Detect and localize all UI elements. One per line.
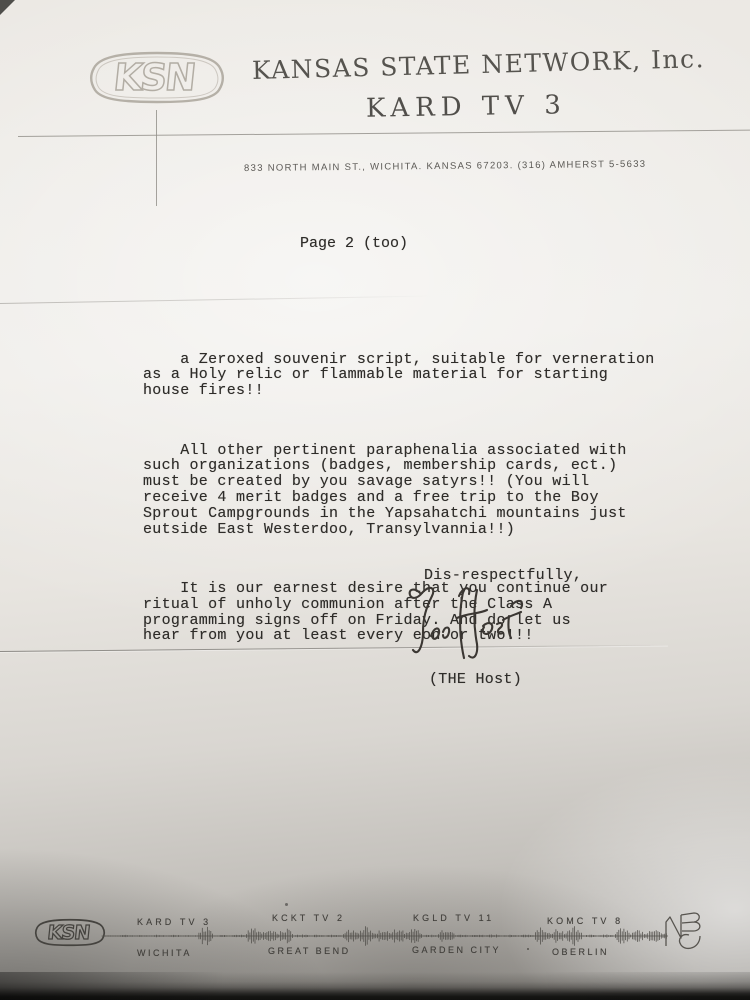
station-city: GARDEN CITY <box>412 945 501 955</box>
ksn-logo-icon: KSN <box>86 49 228 106</box>
bottom-edge-shadow <box>0 972 750 1000</box>
corner-mark <box>0 0 15 15</box>
station-callsign: KCKT TV 2 <box>272 913 345 923</box>
nbc-logo-icon <box>662 910 714 954</box>
station-city: GREAT BEND <box>268 946 351 956</box>
paragraph: a Zeroxed souvenir script, suitable for … <box>143 352 673 399</box>
svg-text:KSN: KSN <box>46 921 90 944</box>
station-callsign: KOMC TV 8 <box>547 916 623 926</box>
address-line: 833 NORTH MAIN ST., WICHITA. KANSAS 6720… <box>244 159 646 174</box>
typed-name: (THE Host) <box>429 671 522 688</box>
station-city: WICHITA <box>137 948 192 958</box>
paragraph: All other pertinent paraphenalia associa… <box>143 443 673 538</box>
station-callsign: KGLD TV 11 <box>413 913 494 923</box>
station-name: KARD TV 3 <box>366 90 567 123</box>
paper-crease-upper <box>0 295 432 304</box>
page-label: Page 2 (too) <box>300 235 408 252</box>
station-city: OBERLIN <box>552 947 609 957</box>
footer-ksn-logo-icon: KSN <box>33 917 107 948</box>
company-name: KANSAS STATE NETWORK, Inc. <box>252 45 673 85</box>
station-callsign: KARD TV 3 <box>137 917 211 927</box>
header-rule-horizontal <box>18 130 750 137</box>
dust-speck <box>285 903 288 906</box>
letter-photo: KSN KANSAS STATE NETWORK, Inc. KARD TV 3… <box>0 0 750 1000</box>
svg-text:KSN: KSN <box>112 56 197 99</box>
signature-scribble-icon <box>405 580 530 675</box>
header-rule-vertical <box>156 110 157 206</box>
